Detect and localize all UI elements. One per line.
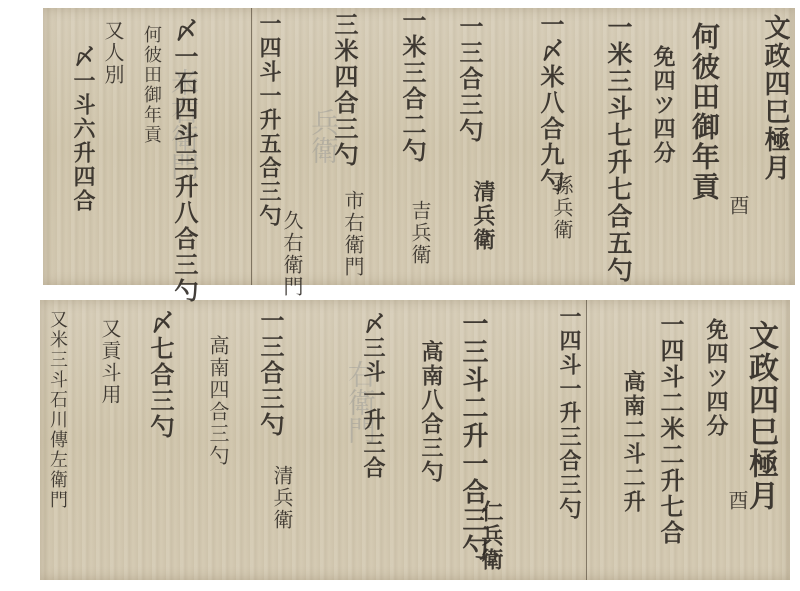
manuscript-column: 免四ツ四分: [705, 318, 727, 438]
manuscript-column: 何彼田御年貢: [142, 25, 160, 145]
manuscript-column: 免四ツ四分: [652, 45, 674, 165]
manuscript-column: 一三合三勺: [457, 14, 481, 144]
manuscript-column: 又人別: [103, 20, 123, 86]
manuscript-column: 又貢斗用: [100, 318, 120, 406]
manuscript-column: 一四斗一升三合三勺: [558, 305, 580, 521]
manuscript-column: 文政四巳極月: [762, 14, 788, 182]
manuscript-column: 吉兵衛: [410, 200, 430, 266]
manuscript-column: 高南四合三勺: [208, 335, 228, 467]
manuscript-column: 一四斗二米二升七合: [658, 312, 682, 546]
manuscript-column: 酉: [728, 195, 748, 217]
manuscript-column: 清兵衛: [272, 465, 292, 531]
fold-line: [251, 8, 252, 285]
manuscript-column: 何彼田御年貢: [690, 22, 718, 202]
manuscript-column: 〆一石四斗三升八合三勺: [172, 18, 196, 304]
manuscript-column: 孫兵衛: [552, 175, 572, 241]
manuscript-column: 一三合三勺: [258, 308, 282, 438]
manuscript-column: 仁兵衛: [480, 500, 502, 572]
manuscript-column: 高南二斗二升: [622, 370, 644, 514]
manuscript-column: 文政四巳極月: [745, 320, 775, 512]
manuscript-column: 酉: [727, 490, 747, 512]
manuscript-column: 三米四合三勺: [332, 12, 356, 168]
manuscript-column: 一米三斗七升七合五勺: [606, 14, 631, 284]
manuscript-column: 一米三合二勺: [400, 8, 424, 164]
manuscript-column: 清兵衛: [472, 180, 494, 252]
manuscript-column: 市右衛門: [343, 190, 363, 278]
fold-line: [586, 300, 587, 580]
manuscript-column: 又米三斗石川傳左衛門: [48, 310, 66, 510]
manuscript-column: 一四斗一升五合三勺: [258, 12, 280, 228]
manuscript-column: 〆三斗一升三合: [362, 312, 384, 480]
manuscript-column: 久右衛門: [282, 210, 302, 298]
manuscript-column: 一〆米八合九勺: [538, 12, 562, 194]
manuscript-column: 〆一斗六升四合: [72, 45, 94, 213]
manuscript-column: 〆七合三勺: [148, 310, 172, 440]
manuscript-column: 高南八合三勺: [420, 340, 442, 484]
